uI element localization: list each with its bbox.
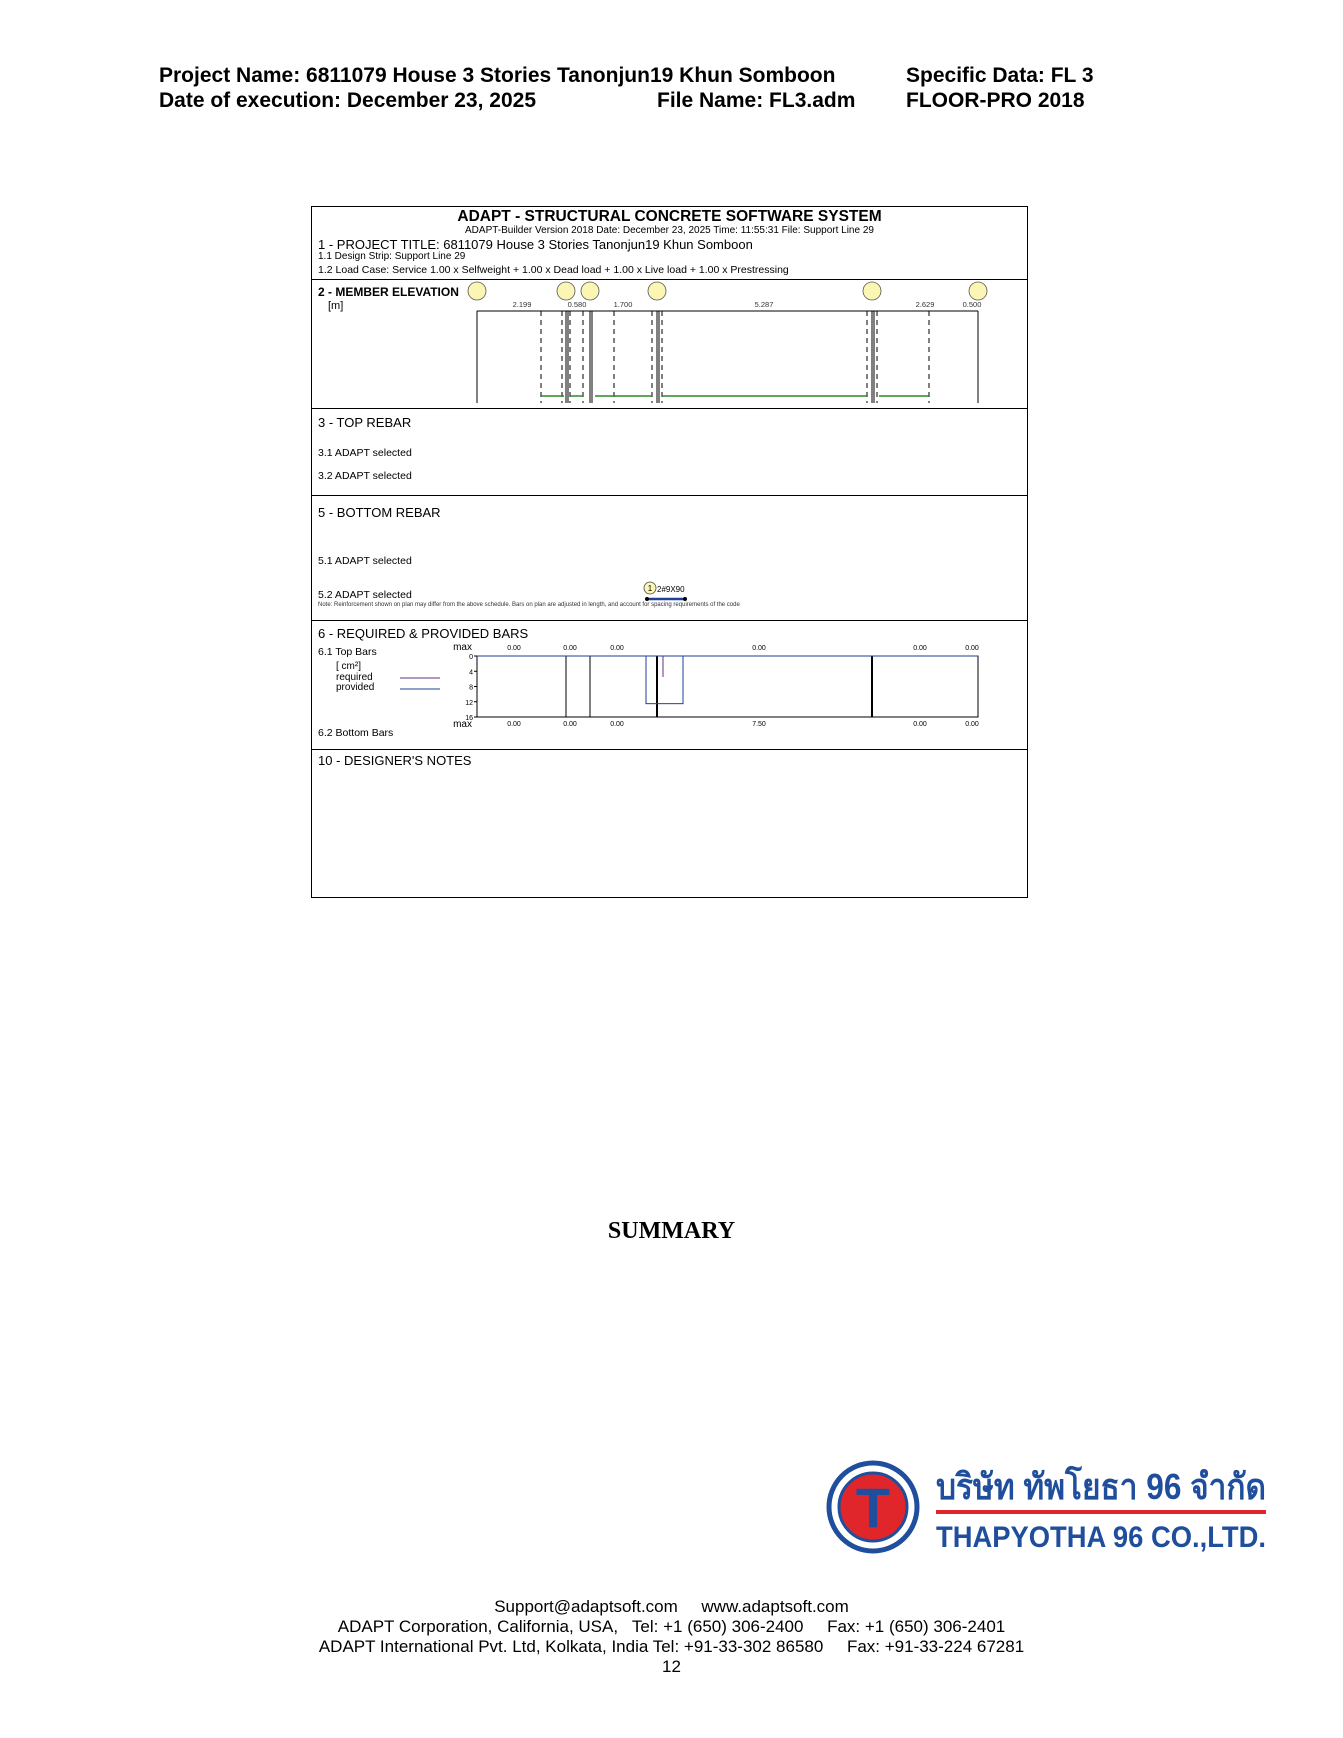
footer-support: Support@adaptsoft.com www.adaptsoft.com bbox=[0, 1597, 1343, 1617]
report-title: ADAPT - STRUCTURAL CONCRETE SOFTWARE SYS… bbox=[312, 208, 1027, 226]
specific-data: Specific Data: FL 3 bbox=[906, 63, 1094, 88]
bottom-bar-drawing: 1 2#9X90 bbox=[312, 495, 1029, 619]
svg-text:0.00: 0.00 bbox=[752, 645, 766, 652]
svg-text:0.500: 0.500 bbox=[963, 300, 982, 309]
svg-text:0.00: 0.00 bbox=[965, 721, 979, 728]
page-number: 12 bbox=[0, 1657, 1343, 1677]
svg-text:0.00: 0.00 bbox=[610, 645, 624, 652]
svg-text:0.00: 0.00 bbox=[563, 721, 577, 728]
svg-text:0.00: 0.00 bbox=[965, 645, 979, 652]
svg-text:2.199: 2.199 bbox=[513, 300, 532, 309]
svg-text:1.700: 1.700 bbox=[614, 300, 633, 309]
load-case: 1.2 Load Case: Service 1.00 x Selfweight… bbox=[318, 264, 789, 276]
member-elevation-section: 2 - MEMBER ELEVATION [m] 2.1990.5801.700… bbox=[312, 279, 1027, 409]
design-strip: 1.1 Design Strip: Support Line 29 bbox=[318, 251, 465, 262]
svg-text:0.00: 0.00 bbox=[563, 645, 577, 652]
svg-text:5.287: 5.287 bbox=[755, 300, 774, 309]
svg-text:1: 1 bbox=[648, 584, 653, 593]
svg-text:0.00: 0.00 bbox=[913, 721, 927, 728]
top-rebar-line-2: 3.2 ADAPT selected bbox=[318, 470, 412, 482]
svg-text:0: 0 bbox=[469, 654, 473, 661]
svg-text:T: T bbox=[856, 1476, 890, 1539]
svg-text:8: 8 bbox=[469, 685, 473, 692]
svg-text:0.00: 0.00 bbox=[507, 645, 521, 652]
svg-text:2.629: 2.629 bbox=[916, 300, 935, 309]
footer-usa-contact: ADAPT Corporation, California, USA, Tel:… bbox=[0, 1617, 1343, 1637]
svg-text:0.00: 0.00 bbox=[610, 721, 624, 728]
adapt-report: ADAPT - STRUCTURAL CONCRETE SOFTWARE SYS… bbox=[311, 206, 1028, 898]
designer-notes-section: 10 - DESIGNER'S NOTES bbox=[312, 749, 1027, 897]
designer-notes-heading: 10 - DESIGNER'S NOTES bbox=[318, 753, 471, 768]
project-title: 1 - PROJECT TITLE: 6811079 House 3 Stori… bbox=[318, 237, 753, 252]
svg-text:max: max bbox=[453, 642, 472, 653]
file-name: File Name: FL3.adm bbox=[657, 88, 855, 113]
svg-text:0.580: 0.580 bbox=[568, 300, 587, 309]
summary-title: SUMMARY bbox=[0, 1218, 1343, 1245]
svg-text:7.50: 7.50 bbox=[752, 721, 766, 728]
svg-text:THAPYOTHA 96 CO.,LTD.: THAPYOTHA 96 CO.,LTD. bbox=[936, 1521, 1266, 1554]
required-provided-chart: 0481216maxmax0.000.000.000.000.000.000.0… bbox=[312, 620, 1029, 748]
svg-text:บริษัท ทัพโยธา 96 จำกัด: บริษัท ทัพโยธา 96 จำกัด bbox=[936, 1465, 1266, 1507]
report-subtitle: ADAPT-Builder Version 2018 Date: Decembe… bbox=[312, 225, 1027, 236]
svg-text:2#9X90: 2#9X90 bbox=[657, 585, 685, 594]
footer-india-contact: ADAPT International Pvt. Ltd, Kolkata, I… bbox=[0, 1637, 1343, 1657]
reinforcement-note: Note: Reinforcement shown on plan may di… bbox=[318, 602, 740, 608]
svg-text:0.00: 0.00 bbox=[913, 645, 927, 652]
report-header-section: ADAPT - STRUCTURAL CONCRETE SOFTWARE SYS… bbox=[312, 207, 1027, 280]
top-rebar-heading: 3 - TOP REBAR bbox=[318, 415, 411, 430]
svg-text:0.00: 0.00 bbox=[507, 721, 521, 728]
company-logo: T บริษัท ทัพโยธา 96 จำกัด THAPYOTHA 96 C… bbox=[826, 1447, 1281, 1567]
member-elevation-drawing: 2.1990.5801.7005.2872.6290.500 bbox=[312, 279, 1029, 407]
svg-text:max: max bbox=[453, 719, 472, 730]
project-name: Project Name: 6811079 House 3 Stories Ta… bbox=[159, 63, 835, 88]
software-name: FLOOR-PRO 2018 bbox=[906, 88, 1085, 113]
svg-text:12: 12 bbox=[465, 700, 473, 707]
date-of-execution: Date of execution: December 23, 2025 bbox=[159, 88, 536, 113]
required-provided-section: 6 - REQUIRED & PROVIDED BARS 6.1 Top Bar… bbox=[312, 620, 1027, 750]
svg-text:4: 4 bbox=[469, 669, 473, 676]
top-rebar-section: 3 - TOP REBAR 3.1 ADAPT selected 3.2 ADA… bbox=[312, 408, 1027, 496]
bottom-rebar-section: 5 - BOTTOM REBAR 5.1 ADAPT selected 5.2 … bbox=[312, 495, 1027, 621]
top-rebar-line-1: 3.1 ADAPT selected bbox=[318, 447, 412, 459]
